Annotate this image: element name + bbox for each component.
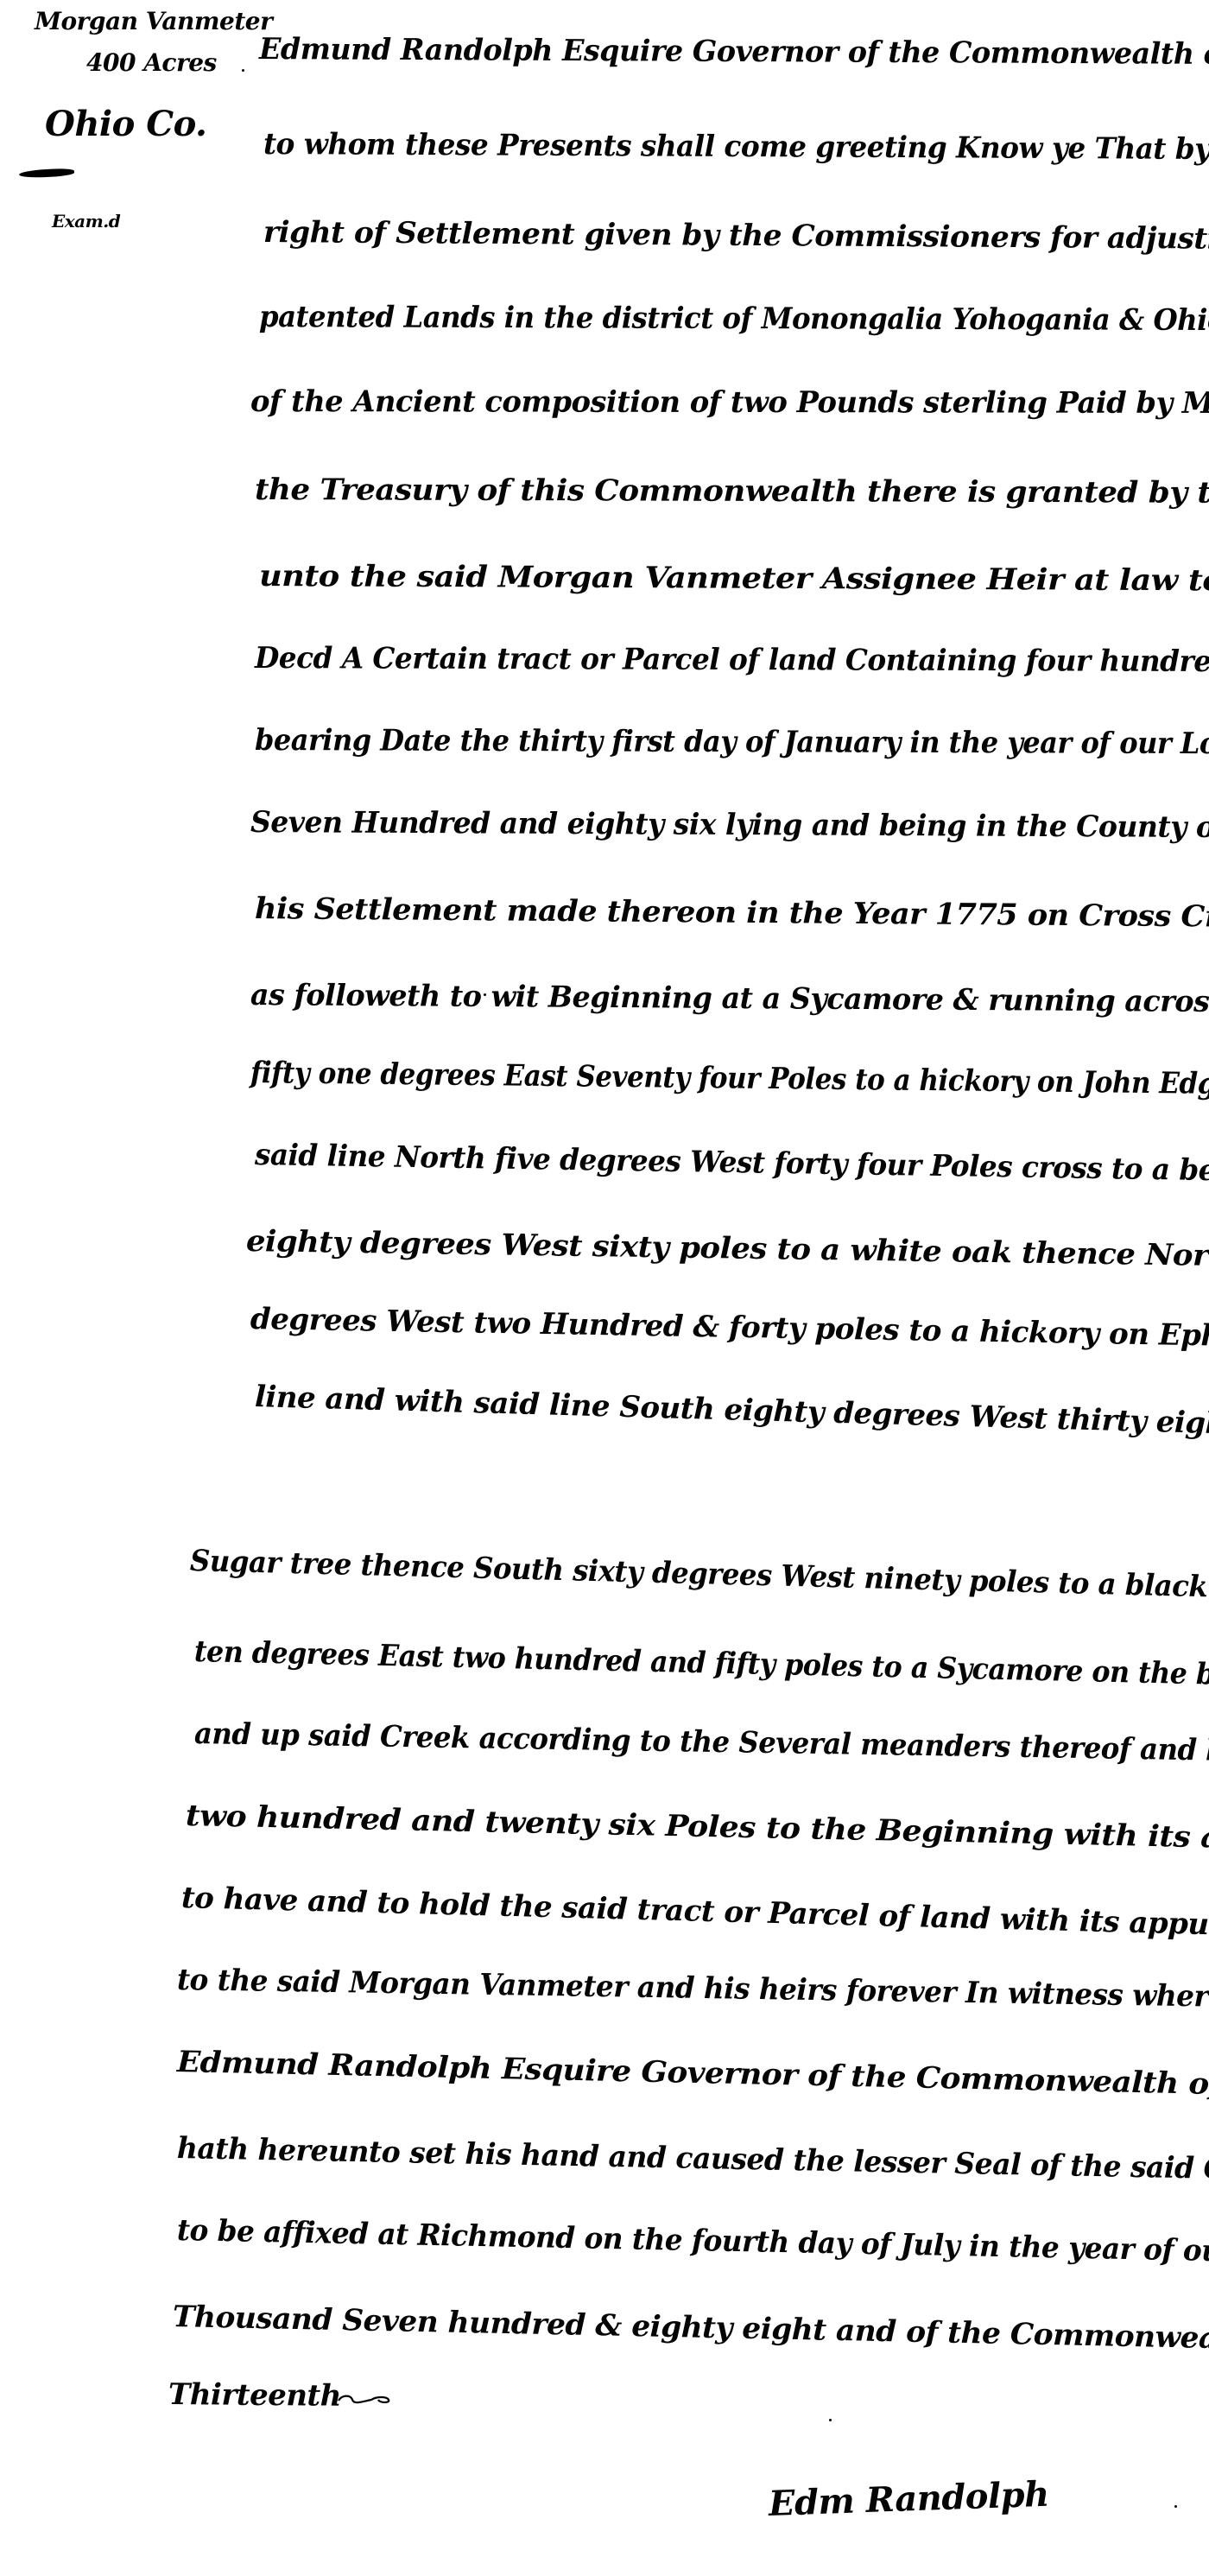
grant-line: ten degrees East two hundred and fifty p… (194, 1637, 1209, 1695)
grant-line: Edmund Randolph Esquire Governor of the … (177, 2047, 1209, 2103)
grant-line: degrees West two Hundred & forty poles t… (250, 1304, 1209, 1355)
grant-line: Decd A Certain tract or Parcel of land C… (255, 644, 1209, 677)
grant-line: the Treasury of this Commonwealth there … (255, 475, 1209, 509)
closing-flourish (337, 2393, 397, 2405)
grant-line: eighty degrees West sixty poles to a whi… (246, 1227, 1209, 1274)
grant-line: Thousand Seven hundred & eighty eight an… (173, 2302, 1209, 2356)
grant-line: to whom these Presents shall come greeti… (263, 130, 1209, 166)
grant-line: as followeth to wit Beginning at a Sycam… (250, 980, 1209, 1018)
grant-line: Edmund Randolph Esquire Governor of the … (259, 35, 1174, 69)
grant-line: Thirteenth (168, 2380, 341, 2411)
margin-grantee-name: Morgan Vanmeter (35, 7, 272, 35)
ink-speck (829, 2419, 832, 2421)
grant-line: Sugar tree thence South sixty degrees We… (190, 1546, 1209, 1609)
grant-line: to the said Morgan Vanmeter and his heir… (177, 1965, 1209, 2014)
grant-line: line and with said line South eighty deg… (255, 1382, 1209, 1443)
ink-underline-mark (19, 168, 74, 178)
grant-line: unto the said Morgan Vanmeter Assignee H… (259, 562, 1209, 597)
governor-signature: Edm Randolph (768, 2474, 1049, 2524)
grant-line: to be affixed at Richmond on the fourth … (177, 2216, 1209, 2269)
grant-line: to have and to hold the said tract or Pa… (181, 1883, 1209, 1944)
land-grant-page: Morgan Vanmeter 400 Acres Ohio Co. Exam.… (0, 0, 1209, 2576)
grant-line: Seven Hundred and eighty six lying and b… (250, 808, 1209, 844)
ink-speck (242, 69, 244, 72)
grant-line: and up said Creek according to the Sever… (194, 1719, 1209, 1769)
grant-line: fifty one degrees East Seventy four Pole… (250, 1058, 1209, 1101)
grant-line: his Settlement made thereon in the Year … (255, 894, 1209, 934)
ink-speck (1174, 2505, 1177, 2508)
grant-line: said line North five degrees West forty … (255, 1140, 1209, 1190)
grant-line: of the Ancient composition of two Pounds… (250, 387, 1209, 419)
grant-line: patented Lands in the district of Monong… (259, 302, 1209, 336)
grant-line: bearing Date the thirty first day of Jan… (255, 726, 1209, 759)
grant-line: two hundred and twenty six Poles to the … (186, 1801, 1209, 1857)
ink-speck (484, 993, 486, 996)
grant-line: right of Settlement given by the Commiss… (263, 218, 1209, 256)
margin-acreage: 400 Acres (86, 48, 217, 77)
margin-county: Ohio Co. (45, 104, 206, 144)
margin-examined-note: Exam.d (52, 211, 120, 232)
grant-line: hath hereunto set his hand and caused th… (177, 2134, 1209, 2188)
